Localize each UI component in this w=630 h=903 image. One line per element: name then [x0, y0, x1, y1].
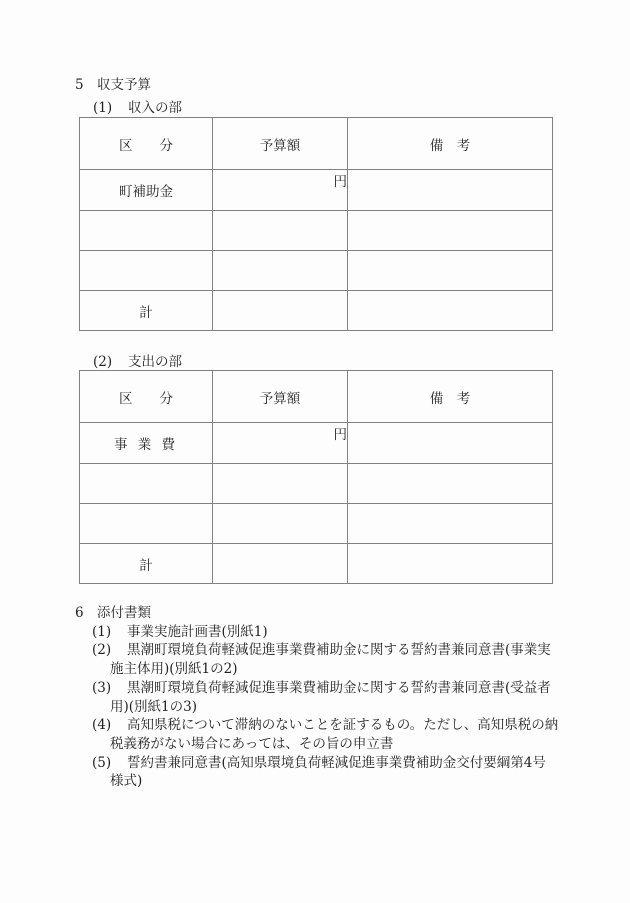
- attachment-item-3-continuation: 用)(別紙1の3): [110, 698, 558, 717]
- attachment-item-1-text: 事業実施計画書(別紙1): [127, 624, 268, 640]
- expenditure-remark-cell: [348, 464, 553, 504]
- expenditure-category-cell: 事 業 費: [80, 423, 213, 464]
- income-category-cell: 町補助金: [80, 170, 213, 211]
- income-remark-cell: [348, 170, 553, 211]
- attachment-item-4-number: (4): [92, 716, 127, 735]
- attachment-item-5-text: 誓約書兼同意書(高知県環境負荷軽減促進事業費補助金交付要綱第4号: [127, 755, 546, 771]
- expenditure-row-empty-1: [80, 464, 553, 504]
- section-5-number: 5: [75, 76, 97, 95]
- expenditure-row-empty-2: [80, 504, 553, 544]
- section-5-title: 収支予算: [97, 77, 151, 93]
- income-header-remarks: 備 考: [348, 118, 553, 170]
- income-amount-cell: 円: [213, 170, 348, 211]
- expenditure-amount-cell: 円: [213, 423, 348, 464]
- income-category-cell: [80, 211, 213, 251]
- expenditure-amount-cell: [213, 464, 348, 504]
- expenditure-category-cell: [80, 464, 213, 504]
- income-subheading-number: (1): [93, 99, 128, 118]
- income-row-empty-2: [80, 251, 553, 291]
- expenditure-row-total: 計: [80, 544, 553, 584]
- income-category-cell: [80, 251, 213, 291]
- document-page: 5収支予算 (1)収入の部 区 分 予算額 備 考 町補助金 円 計: [0, 0, 630, 903]
- attachment-item-4-continuation: 税義務がない場合にあっては、その旨の申立書: [110, 735, 558, 754]
- expenditure-total-cell: 計: [80, 544, 213, 584]
- expenditure-remark-cell: [348, 423, 553, 464]
- section-6-number: 6: [75, 604, 97, 623]
- attachment-item-4-text: 高知県税について滞納のないことを証するもの。ただし、高知県税の納: [127, 717, 558, 733]
- attachment-item-2-number: (2): [92, 641, 127, 660]
- expenditure-header-budget: 予算額: [213, 371, 348, 423]
- expenditure-category-cell: [80, 504, 213, 544]
- income-row-subsidy: 町補助金 円: [80, 170, 553, 211]
- expenditure-header-row: 区 分 予算額 備 考: [80, 371, 553, 423]
- income-total-cell: 計: [80, 291, 213, 331]
- yen-unit-label: 円: [334, 174, 348, 190]
- income-amount-cell: [213, 251, 348, 291]
- section-6-title: 添付書類: [97, 605, 151, 621]
- attachments-section: 6添付書類 (1)事業実施計画書(別紙1) (2)黒潮町環境負荷軽減促進事業費補…: [75, 604, 558, 791]
- income-subheading-title: 収入の部: [128, 100, 182, 116]
- attachment-item-2: (2)黒潮町環境負荷軽減促進事業費補助金に関する誓約書兼同意書(事業実: [92, 641, 558, 660]
- expenditure-table: 区 分 予算額 備 考 事 業 費 円 計: [79, 370, 553, 584]
- section-6-heading: 6添付書類: [75, 604, 558, 623]
- section-5-heading: 5収支予算: [75, 76, 151, 95]
- income-remark-cell: [348, 251, 553, 291]
- income-row-total: 計: [80, 291, 553, 331]
- attachment-item-5-continuation: 様式): [110, 772, 558, 791]
- attachment-item-4: (4)高知県税について滞納のないことを証するもの。ただし、高知県税の納: [92, 716, 558, 735]
- income-row-empty-1: [80, 211, 553, 251]
- expenditure-remark-cell: [348, 504, 553, 544]
- expenditure-remark-cell: [348, 544, 553, 584]
- attachment-item-3: (3)黒潮町環境負荷軽減促進事業費補助金に関する誓約書兼同意書(受益者: [92, 679, 558, 698]
- attachment-item-5-number: (5): [92, 754, 127, 773]
- yen-unit-label: 円: [334, 427, 348, 443]
- income-amount-cell: [213, 291, 348, 331]
- attachment-item-3-text: 黒潮町環境負荷軽減促進事業費補助金に関する誓約書兼同意書(受益者: [127, 680, 551, 696]
- income-header-budget: 予算額: [213, 118, 348, 170]
- expenditure-header-remarks: 備 考: [348, 371, 553, 423]
- expenditure-amount-cell: [213, 504, 348, 544]
- expenditure-subheading-title: 支出の部: [128, 354, 182, 370]
- income-amount-cell: [213, 211, 348, 251]
- income-header-row: 区 分 予算額 備 考: [80, 118, 553, 170]
- income-remark-cell: [348, 211, 553, 251]
- income-remark-cell: [348, 291, 553, 331]
- income-table: 区 分 予算額 備 考 町補助金 円 計: [79, 117, 553, 331]
- attachment-item-2-continuation: 施主体用)(別紙1の2): [110, 660, 558, 679]
- attachment-item-1-number: (1): [92, 623, 127, 642]
- expenditure-row-project-cost: 事 業 費 円: [80, 423, 553, 464]
- attachment-item-5: (5)誓約書兼同意書(高知県環境負荷軽減促進事業費補助金交付要綱第4号: [92, 754, 558, 773]
- expenditure-header-category: 区 分: [80, 371, 213, 423]
- attachment-item-1: (1)事業実施計画書(別紙1): [92, 623, 558, 642]
- expenditure-amount-cell: [213, 544, 348, 584]
- income-header-category: 区 分: [80, 118, 213, 170]
- attachment-item-2-text: 黒潮町環境負荷軽減促進事業費補助金に関する誓約書兼同意書(事業実: [127, 642, 551, 658]
- income-subheading: (1)収入の部: [93, 99, 182, 118]
- attachment-item-3-number: (3): [92, 679, 127, 698]
